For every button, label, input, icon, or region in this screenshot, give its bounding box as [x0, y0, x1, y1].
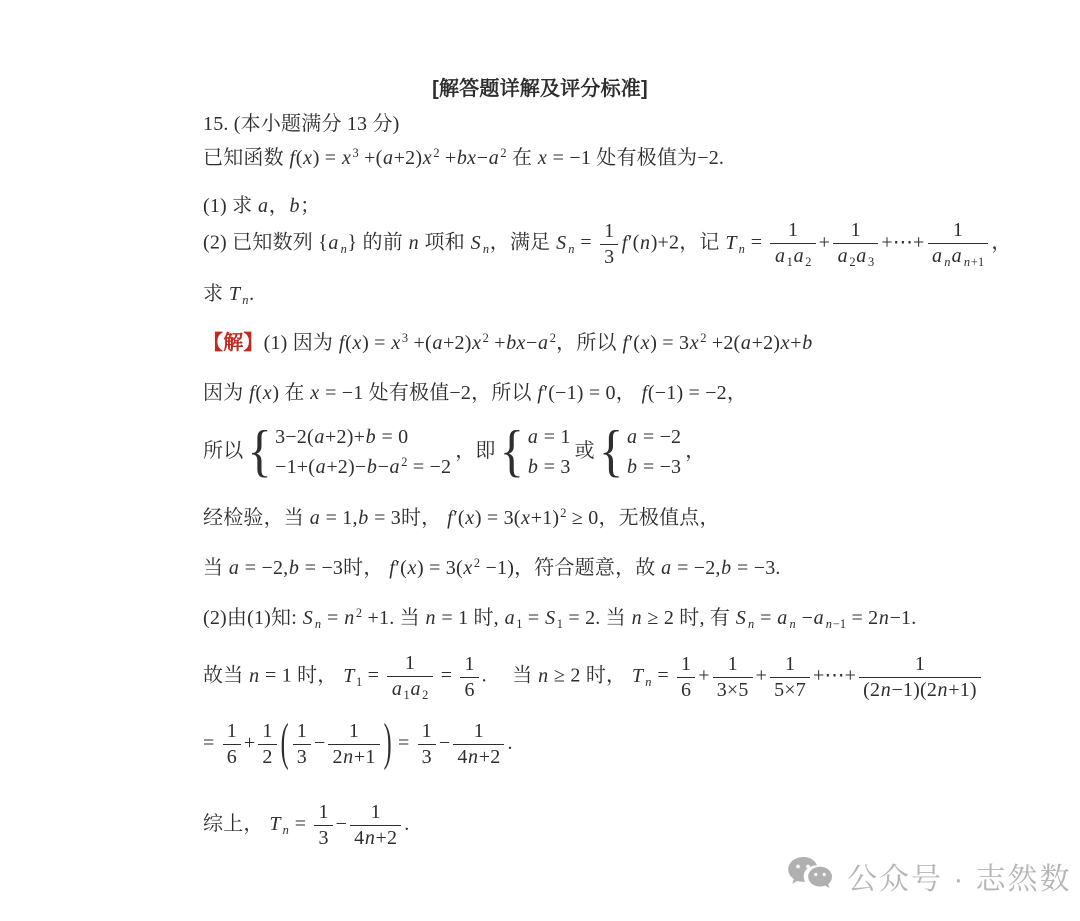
document-page: [解答题详解及评分标准] 15. (本小题满分 13 分) 已知函数 f(x) … [0, 0, 1080, 921]
part2-question-cont: 求 Tn. [203, 281, 254, 309]
solution-part2-step2: 故当 n = 1 时， T1 = 1a1a2 = 16. 当 n ≥ 2 时， … [203, 652, 984, 702]
problem-number: 15. (本小题满分 13 分) [203, 111, 400, 138]
part2-question: (2) 已知数列 {an} 的前 n 项和 Sn，满足 Sn = 13f′(n)… [203, 219, 1012, 269]
solution-part1-check2: 当 a = −2,b = −3时， f′(x) = 3(x2 −1)，符合题意，… [203, 555, 781, 582]
solution-part2-step1: (2)由(1)知: Sn = n2 +1. 当 n = 1 时, a1 = S1… [203, 605, 916, 633]
solution-part1-system: 所以{3−2(a+2)+b = 0−1+(a+2)−b−a2 = −2，即{a … [203, 424, 705, 481]
solution-part1-step2: 因为 f(x) 在 x = −1 处有极值−2，所以 f′(−1) = 0， f… [203, 380, 747, 407]
watermark: 公众号 · 志然数 [786, 854, 1072, 898]
solution-conclusion: 综上， Tn = 13−14n+2. [203, 801, 409, 850]
wechat-icon [786, 855, 834, 897]
problem-statement: 已知函数 f(x) = x3 +(a+2)x2 +bx−a2 在 x = −1 … [203, 145, 724, 172]
watermark-text: 公众号 · 志然数 [847, 854, 1072, 898]
part1-question: (1) 求 a，b； [203, 193, 320, 220]
solution-part1-check1: 经检验，当 a = 1,b = 3时， f′(x) = 3(x+1)2 ≥ 0，… [203, 505, 720, 532]
solution-part2-step3: = 16+12(13−12n+1) = 13−14n+2. [203, 720, 513, 769]
solution-part1-step1: 【解】(1) 因为 f(x) = x3 +(a+2)x2 +bx−a2，所以 f… [203, 330, 813, 357]
section-title: [解答题详解及评分标准] [0, 76, 1080, 103]
